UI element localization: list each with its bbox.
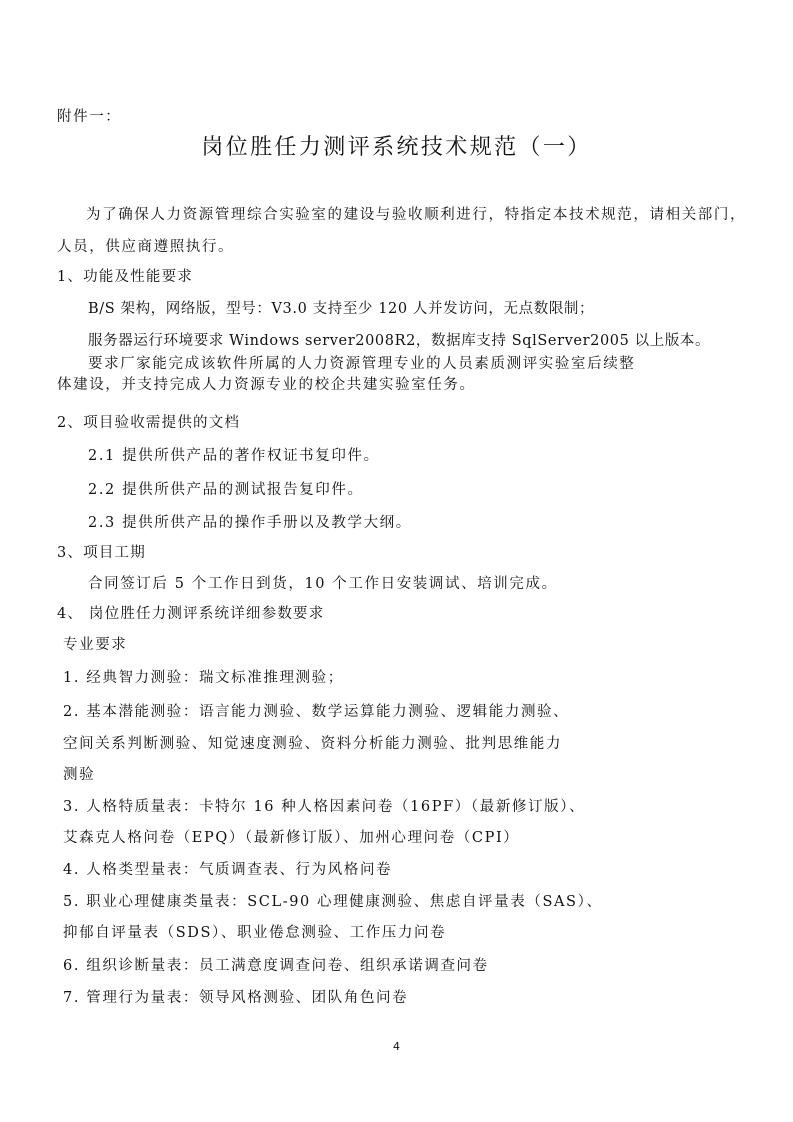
requirement-item-continued: 测验: [63, 766, 95, 784]
intro-line-1: 为了确保人力资源管理综合实验室的建设与验收顺利进行，特指定本技术规范，请相关部门…: [86, 206, 746, 224]
attachment-label: 附件一：: [57, 108, 121, 126]
section-2-item-1: 2.1 提供所供产品的著作权证书复印件。: [88, 447, 380, 465]
section-4-subheading: 专业要求: [63, 636, 127, 654]
requirement-item: 7. 管理行为量表：领导风格测验、团队角色问卷: [63, 989, 408, 1007]
section-3-line-1: 合同签订后 5 个工作日到货，10 个工作日安装调试、培训完成。: [88, 575, 558, 593]
section-3-heading: 3、项目工期: [57, 544, 146, 562]
section-1-heading: 1、功能及性能要求: [57, 268, 193, 286]
requirement-item-continued: 空间关系判断测验、知觉速度测验、资料分析能力测验、批判思维能力: [63, 735, 562, 753]
requirement-item: 1. 经典智力测验：瑞文标准推理测验；: [63, 669, 344, 687]
requirement-item: 3. 人格特质量表：卡特尔 16 种人格因素问卷（16PF）（最新修订版）、: [63, 798, 585, 816]
requirement-item-continued: 抑郁自评量表（SDS）、职业倦怠测验、工作压力问卷: [63, 924, 446, 942]
section-1-line-4: 体建设，并支持完成人力资源专业的校企共建实验室任务。: [57, 376, 476, 394]
section-4-heading: 4、 岗位胜任力测评系统详细参数要求: [57, 605, 324, 623]
requirement-item: 5. 职业心理健康类量表：SCL-90 心理健康测验、焦虑自评量表（SAS）、: [63, 893, 603, 911]
page-number: 4: [0, 1040, 793, 1053]
requirement-item: 4. 人格类型量表：气质调查表、行为风格问卷: [63, 861, 392, 879]
section-1-line-2: 服务器运行环境要求 Windows server2008R2，数据库支持 Sql…: [88, 332, 710, 350]
section-2-heading: 2、项目验收需提供的文档: [57, 414, 240, 432]
section-2-item-2: 2.2 提供所供产品的测试报告复印件。: [88, 481, 364, 499]
requirement-item: 6. 组织诊断量表：员工满意度调查问卷、组织承诺调查问卷: [63, 957, 489, 975]
requirement-item-continued: 艾森克人格问卷（EPQ）（最新修订版）、加州心理问卷（CPI）: [63, 829, 519, 847]
requirement-item: 2. 基本潜能测验：语言能力测验、数学运算能力测验、逻辑能力测验、: [63, 703, 569, 721]
section-1-line-3: 要求厂家能完成该软件所属的人力资源管理专业的人员素质测评实验室后续整: [88, 355, 635, 373]
document-title: 岗位胜任力测评系统技术规范（一）: [0, 134, 793, 162]
intro-line-2: 人员，供应商遵照执行。: [57, 238, 234, 256]
section-1-line-1: B/S 架构，网络版，型号：V3.0 支持至少 120 人并发访问，无点数限制；: [88, 300, 594, 318]
section-2-item-3: 2.3 提供所供产品的操作手册以及教学大纲。: [88, 514, 412, 532]
